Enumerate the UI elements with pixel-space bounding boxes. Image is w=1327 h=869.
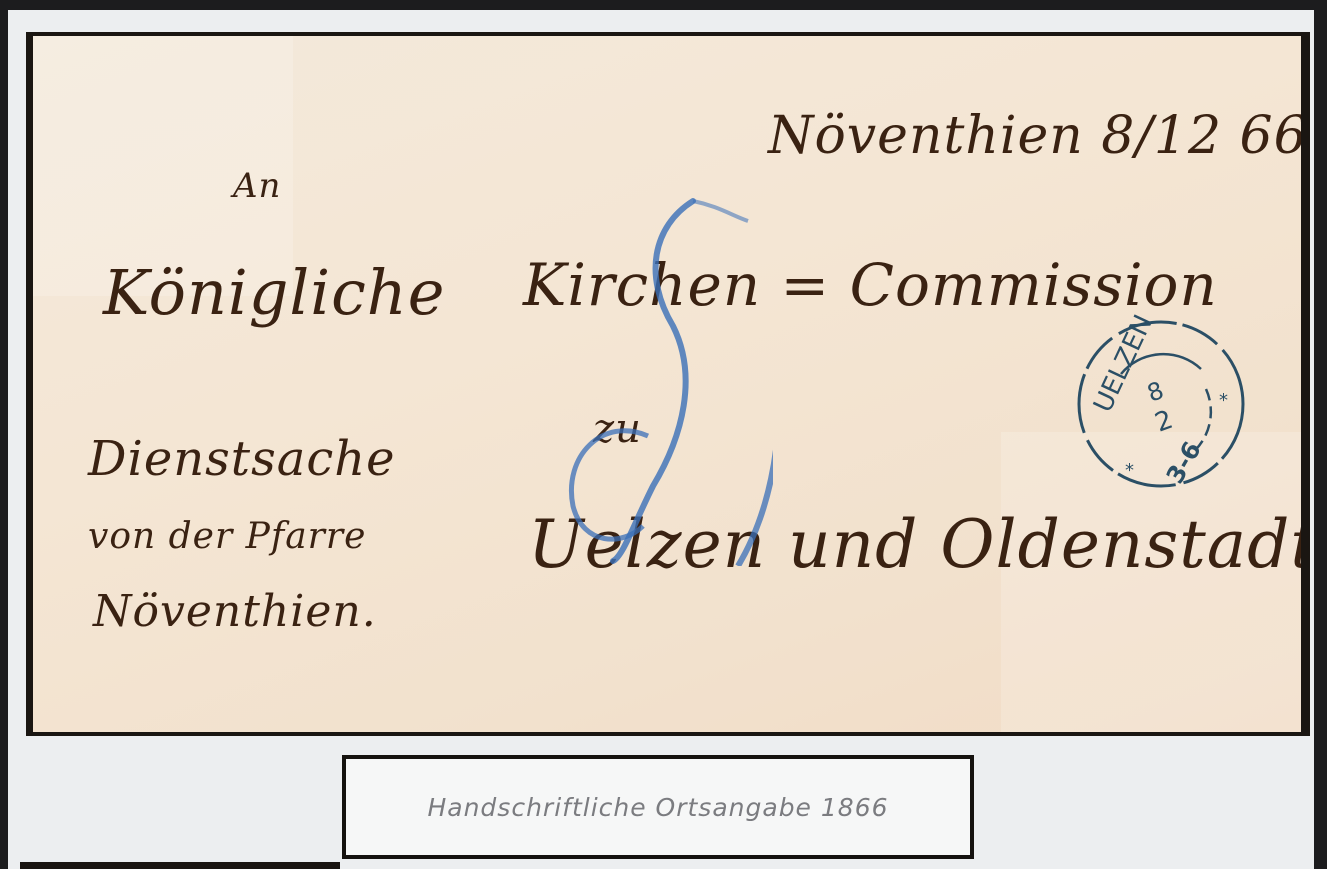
sender-place-date: Növenthien 8/12 66 [768,106,1301,166]
service-note-line-3: Növenthien. [93,586,377,637]
page-bottom-edge [20,862,340,869]
svg-text:*: * [1125,460,1134,481]
svg-text:8: 8 [1143,376,1167,408]
svg-text:2: 2 [1151,405,1177,439]
blue-crayon-rate-mark-icon [533,186,773,566]
service-note-line-1: Dienstsache [88,431,396,487]
salutation: An [233,166,281,206]
svg-text:UELZEN: UELZEN [1088,314,1159,417]
service-note-line-2: von der Pfarre [88,516,366,557]
svg-text:*: * [1219,390,1228,411]
address-line-koniglich: Königliche [103,256,445,329]
postal-cover-envelope: Növenthien 8/12 66 An Königliche Kirchen… [33,36,1301,732]
uelzen-postmark-icon: UELZEN 8 2 3-6 * * [1071,314,1251,494]
album-caption-label: Handschriftliche Ortsangabe 1866 [342,755,974,859]
caption-text: Handschriftliche Ortsangabe 1866 [427,793,888,822]
